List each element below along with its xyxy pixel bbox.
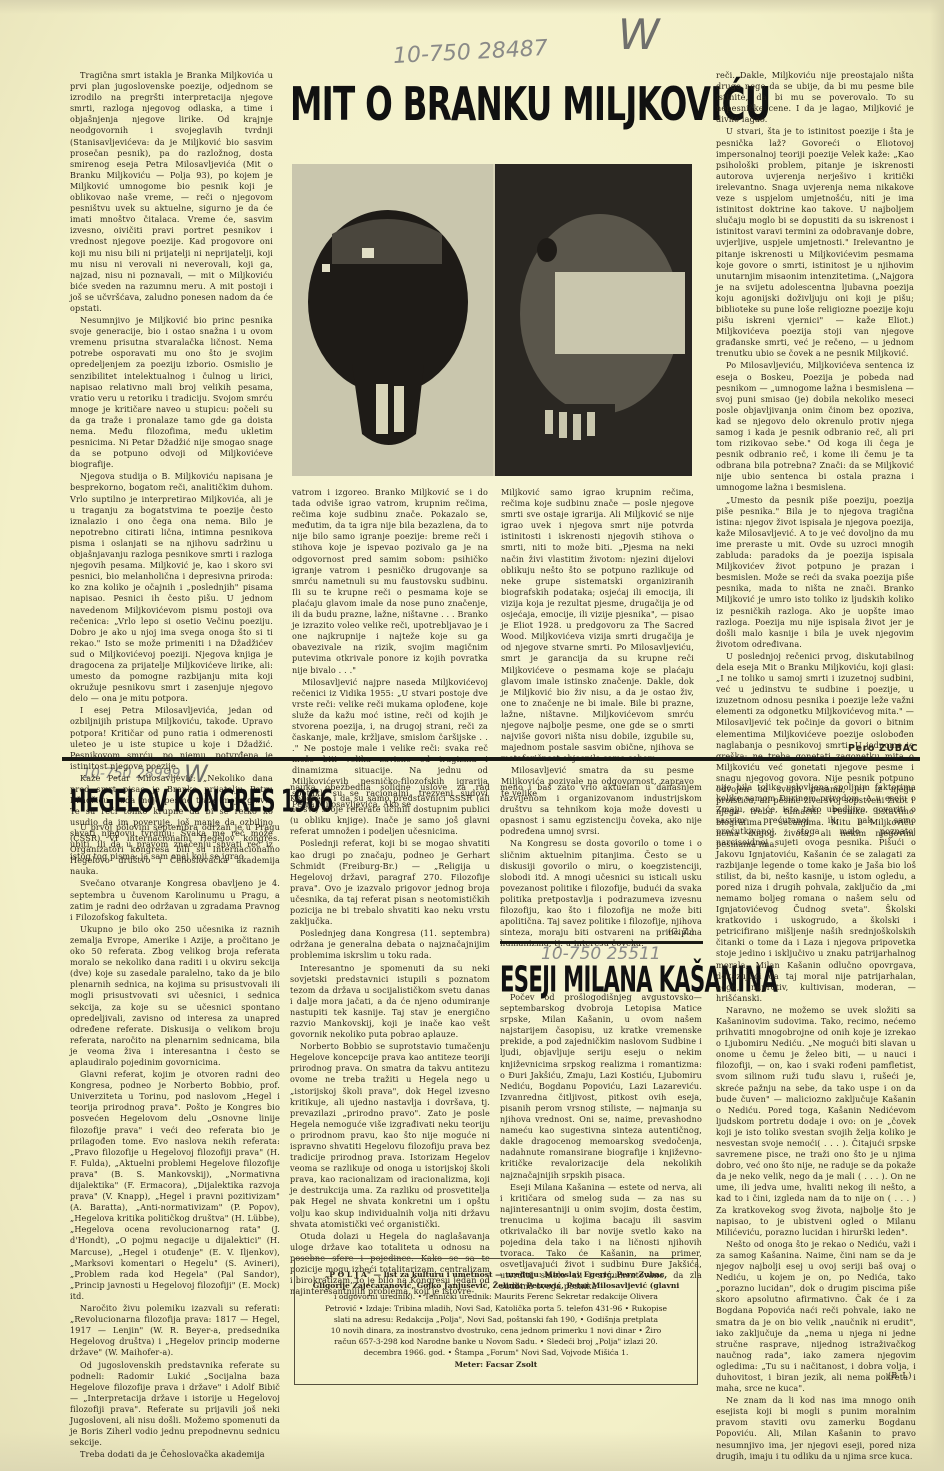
imprint-line: Petrović • Izdaje: Tribina mladih, Novi … xyxy=(295,1303,697,1314)
imprint-line: slati na adresu: Redakcija „Polja", Novi… xyxy=(295,1314,697,1325)
article3-column-2: nije bila toliko uslovljena spoljnim fak… xyxy=(716,782,916,1462)
paragraph: U stvari, šta je to istinitost poezije i… xyxy=(716,126,914,359)
archive-pencil-number-top: 10-750 28487 xyxy=(392,36,548,69)
paragraph: Nešto od onoga što je rekao o Nediću, va… xyxy=(716,1239,916,1394)
paper-edge-top xyxy=(0,0,944,14)
paragraph: Naravno, ne možemo se uvek složiti sa Ka… xyxy=(716,1005,916,1238)
paragraph: Naročito živu polemiku izazvali su refer… xyxy=(70,1303,280,1358)
article1-column-4: reči. Dakle, Miljkoviću nije preostajalo… xyxy=(716,70,914,851)
pencil-mark-top: W xyxy=(618,10,660,59)
illustration-two-skulls xyxy=(292,164,692,476)
article2-column-3: meno i baš zato vrlo aktuelan u današnje… xyxy=(500,782,702,949)
article1-column-2: vatrom i izgoreo. Branko Miljković se i … xyxy=(292,487,488,810)
article2-column-2: nauka obezbedila solidne uslove za rad K… xyxy=(290,782,490,1297)
newspaper-page: 10-750 28487 W 10-750 28999 W 10-750 255… xyxy=(0,0,944,1471)
paragraph: Tragična smrt istakla je Branka Miljkovi… xyxy=(70,70,273,314)
paragraph: Poslednjeg dana Kongresa (11. septembra)… xyxy=(290,928,490,961)
illustration-panel-left xyxy=(292,164,493,476)
paragraph: Glavni referat, kojim je otvoren radni d… xyxy=(70,1069,280,1302)
article2-column-1: U prvoj polovini septembra održan je u P… xyxy=(70,822,280,1460)
paragraph: nije bila toliko uslovljena spoljnim fak… xyxy=(716,782,916,1004)
paragraph: Poslednji referat, koji bi se mogao shva… xyxy=(290,838,490,927)
paragraph: meno i baš zato vrlo aktuelan u današnje… xyxy=(500,782,702,837)
author-signature: (B. I.) xyxy=(888,1370,911,1380)
paragraph: Svečano otvaranje Kongresa obavljeno je … xyxy=(70,878,280,922)
imprint-box: „P O L J A" — list za kulturu i umetnost… xyxy=(294,1258,698,1385)
article-headline-mit-o-branku: MIT O BRANKU MILJKOVIĆU xyxy=(290,78,770,132)
paragraph: Njegova studija o B. Miljkoviću napisana… xyxy=(70,471,273,704)
paragraph: Ne znam da li kod nas ima mnogo onih ese… xyxy=(716,1395,916,1462)
imprint-line: Meter: Facsar Zsolt xyxy=(295,1359,697,1370)
imprint-line: 10 novih dinara, za inostranstvo dvostru… xyxy=(295,1325,697,1336)
imprint-line: i odgovorni urednik). • Tehnički urednik… xyxy=(295,1291,697,1302)
illustration-panel-right xyxy=(495,164,692,476)
article1-column-1: Tragična smrt istakla je Branka Miljkovi… xyxy=(70,70,273,862)
section-divider-rule xyxy=(62,757,920,761)
paragraph: nauka obezbedila solidne uslove za rad K… xyxy=(290,782,490,837)
paragraph: „Umesto da pesnik piše poeziju, poezija … xyxy=(716,495,914,650)
paragraph: vatrom i izgoreo. Branko Miljković se i … xyxy=(292,487,488,676)
imprint-line: Gligorije Zaječaranović, Gojko Janjuševi… xyxy=(295,1280,697,1291)
paragraph: Po Milosavljeviću, Miljkovićeva sentenca… xyxy=(716,360,914,493)
paragraph: Interesantno je spomenuti da su neki sov… xyxy=(290,963,490,1041)
paragraph: Počev od prošlogodišnjeg avgustovsko—sep… xyxy=(500,992,702,1181)
imprint-line: „P O L J A" — list za kulturu i umetnost… xyxy=(295,1269,697,1280)
paragraph: reči. Dakle, Miljkoviću nije preostajalo… xyxy=(716,70,914,125)
paper-edge-right xyxy=(930,0,944,1471)
article1-column-3: Miljković samo igrao krupnim rečima, reč… xyxy=(501,487,694,799)
paragraph: Od jugoslovenskih predstavnika referate … xyxy=(70,1360,280,1449)
paragraph: Ukupno je bilo oko 250 učesnika iz razni… xyxy=(70,924,280,1068)
paragraph: Miljković samo igrao krupnim rečima, reč… xyxy=(501,487,694,764)
skull-profile-drawing-icon xyxy=(495,164,692,476)
imprint-line: račun 657-3-298 kod Narodne banke u Novo… xyxy=(295,1336,697,1347)
paragraph: U prvoj polovini septembra održan je u P… xyxy=(70,822,280,877)
author-byline: Pero ZUBAC xyxy=(848,743,918,754)
paragraph: I esej Petra Milosavljevića, jedan od oz… xyxy=(70,705,273,772)
paragraph: Treba dodati da je Čehoslovačka akademij… xyxy=(70,1449,280,1460)
imprint-line: decembra 1966. god. • Štampa „Forum" Nov… xyxy=(295,1347,697,1358)
author-signature: (G. Z.) xyxy=(668,926,694,936)
skull-drawing-icon xyxy=(292,164,493,476)
article-divider-rule xyxy=(500,941,703,944)
article3-column-1: Počev od prošlogodišnjeg avgustovsko—sep… xyxy=(500,992,702,1293)
paragraph: Norberto Bobbio se suprotstavio tumačenj… xyxy=(290,1041,490,1230)
paragraph: Nesumnjivo je Miljković bio princ pesnik… xyxy=(70,315,273,470)
